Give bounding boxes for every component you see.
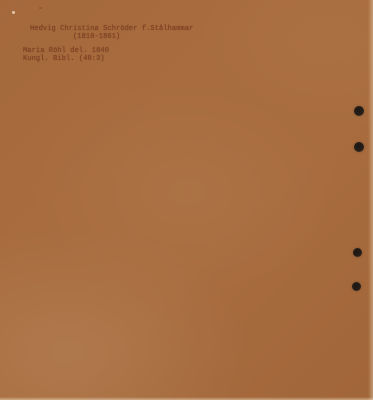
card-reference-line: Kungl. Bibl. (48:3) [23,55,105,63]
punch-hole-4 [352,282,361,291]
paper-speck-dark [39,7,42,9]
card-title-line: Hedvig Christina Schröder f.Stålhammar [30,25,193,33]
paper-speck-light [12,11,15,14]
card-right-edge-highlight [368,0,373,400]
card-attribution-line: Maria Röhl del. 1840 [23,47,109,55]
punch-hole-3 [353,248,362,257]
card-dates-line: (1810-1861) [73,33,120,41]
scanned-card: Hedvig Christina Schröder f.Stålhammar (… [0,0,373,400]
punch-hole-1 [354,106,364,116]
punch-hole-2 [354,142,364,152]
